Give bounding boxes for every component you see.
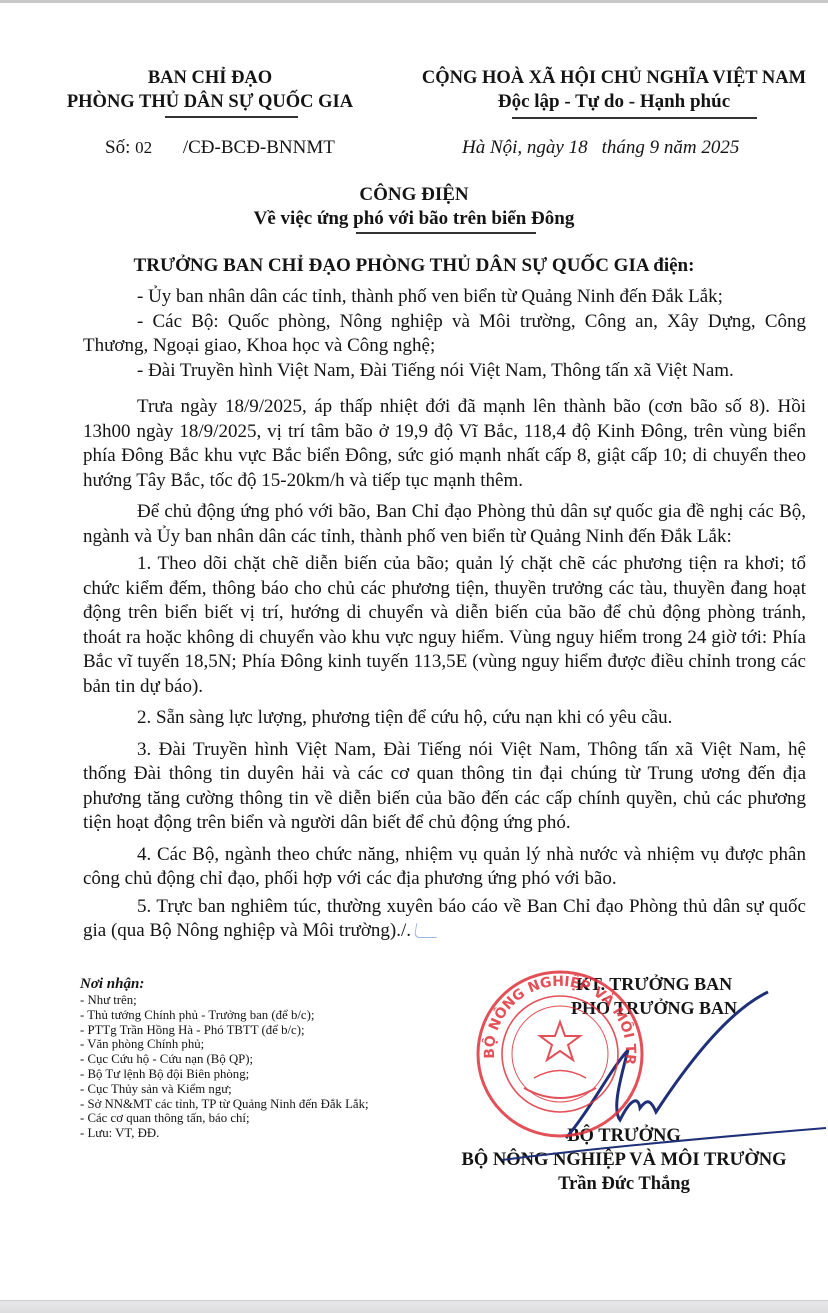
agency-line-2: PHÒNG THỦ DÂN SỰ QUỐC GIA <box>40 90 380 114</box>
signer-block: BỘ TRƯỞNG BỘ NÔNG NGHIỆP VÀ MÔI TRƯỜNG T… <box>420 1124 828 1196</box>
doc-type: CÔNG ĐIỆN <box>0 183 828 207</box>
recipient-item: - Các Bộ: Quốc phòng, Nông nghiệp và Môi… <box>83 310 806 359</box>
addressee-heading: TRƯỞNG BAN CHỈ ĐẠO PHÒNG THỦ DÂN SỰ QUỐC… <box>0 255 828 277</box>
signer-title: KT. TRƯỞNG BAN PHÓ TRƯỞNG BAN <box>480 972 828 1020</box>
distribution-items: - Như trên; - Thủ tướng Chính phủ - Trưở… <box>80 993 440 1141</box>
so-code: /CĐ-BCĐ-BNNMT <box>183 137 335 158</box>
distribution-heading: Nơi nhận: <box>80 975 440 993</box>
issuing-agency: BAN CHỈ ĐẠO PHÒNG THỦ DÂN SỰ QUỐC GIA <box>40 66 380 114</box>
date-month-year: tháng 9 năm 2025 <box>602 137 740 158</box>
signer-position: BỘ TRƯỞNG <box>420 1124 828 1148</box>
distribution-item: - Như trên; <box>80 993 440 1008</box>
directive-item-3: 3. Đài Truyền hình Việt Nam, Đài Tiếng n… <box>83 738 806 836</box>
signer-ministry: BỘ NÔNG NGHIỆP VÀ MÔI TRƯỜNG <box>420 1148 828 1172</box>
signer-name: Trần Đức Thắng <box>420 1172 828 1196</box>
bottom-edge-bar <box>0 1300 828 1313</box>
motto-underline <box>512 117 757 119</box>
date-place-day: Hà Nội, ngày 18 <box>462 137 588 158</box>
agency-underline <box>165 116 298 118</box>
directive-item-1: 1. Theo dõi chặt chẽ diễn biến của bão; … <box>83 552 806 699</box>
document-body: - Ủy ban nhân dân các tỉnh, thành phố ve… <box>83 285 806 944</box>
subject-underline <box>356 232 536 234</box>
recipient-item: - Ủy ban nhân dân các tỉnh, thành phố ve… <box>83 285 806 310</box>
national-motto: Độc lập - Tự do - Hạnh phúc <box>400 90 828 114</box>
recipient-item: - Đài Truyền hình Việt Nam, Đài Tiếng nó… <box>83 359 806 384</box>
distribution-item: - Cục Thủy sản và Kiểm ngư; <box>80 1082 440 1097</box>
directive-item-5-text: 5. Trực ban nghiêm túc, thường xuyên báo… <box>83 896 806 942</box>
directive-item-5: 5. Trực ban nghiêm túc, thường xuyên báo… <box>83 895 806 944</box>
document-number: Số: 02 /CĐ-BCĐ-BNNMT <box>105 137 335 159</box>
distribution-list: Nơi nhận: - Như trên; - Thủ tướng Chính … <box>80 975 440 1141</box>
agency-line-1: BAN CHỈ ĐẠO <box>40 66 380 90</box>
document-title: CÔNG ĐIỆN Về việc ứng phó với bão trên b… <box>0 183 828 231</box>
distribution-item: - Văn phòng Chính phủ; <box>80 1037 440 1052</box>
distribution-item: - PTTg Trần Hồng Hà - Phó TBTT (để b/c); <box>80 1023 440 1038</box>
nation-name: CỘNG HOÀ XÃ HỘI CHỦ NGHĨA VIỆT NAM <box>400 66 828 90</box>
distribution-item: - Bộ Tư lệnh Bộ đội Biên phòng; <box>80 1067 440 1082</box>
national-header: CỘNG HOÀ XÃ HỘI CHỦ NGHĨA VIỆT NAM Độc l… <box>400 66 828 114</box>
distribution-item: - Các cơ quan thông tấn, báo chí; <box>80 1111 440 1126</box>
distribution-item: - Thủ tướng Chính phủ - Trưởng ban (để b… <box>80 1008 440 1023</box>
directive-item-4: 4. Các Bộ, ngành theo chức năng, nhiệm v… <box>83 843 806 892</box>
situation-paragraph: Trưa ngày 18/9/2025, áp thấp nhiệt đới đ… <box>83 395 806 493</box>
signer-title-line-1: KT. TRƯỞNG BAN <box>480 972 828 996</box>
so-number: 02 <box>135 138 152 157</box>
document-date: Hà Nội, ngày 18tháng 9 năm 2025 <box>462 137 739 159</box>
signer-title-line-2: PHÓ TRƯỞNG BAN <box>480 996 828 1020</box>
so-label: Số: <box>105 137 130 158</box>
request-paragraph: Để chủ động ứng phó với bão, Ban Chỉ đạo… <box>83 500 806 549</box>
distribution-item: - Sở NN&MT các tỉnh, TP từ Quảng Ninh đế… <box>80 1097 440 1112</box>
initial-mark-icon <box>414 923 440 938</box>
doc-subject: Về việc ứng phó với bão trên biển Đông <box>0 207 828 231</box>
document-page: BAN CHỈ ĐẠO PHÒNG THỦ DÂN SỰ QUỐC GIA CỘ… <box>0 0 828 1300</box>
recipient-list: - Ủy ban nhân dân các tỉnh, thành phố ve… <box>83 285 806 383</box>
distribution-item: - Lưu: VT, ĐĐ. <box>80 1126 440 1141</box>
directive-item-2: 2. Sẵn sàng lực lượng, phương tiện để cứ… <box>83 706 806 731</box>
distribution-item: - Cục Cứu hộ - Cứu nạn (Bộ QP); <box>80 1052 440 1067</box>
